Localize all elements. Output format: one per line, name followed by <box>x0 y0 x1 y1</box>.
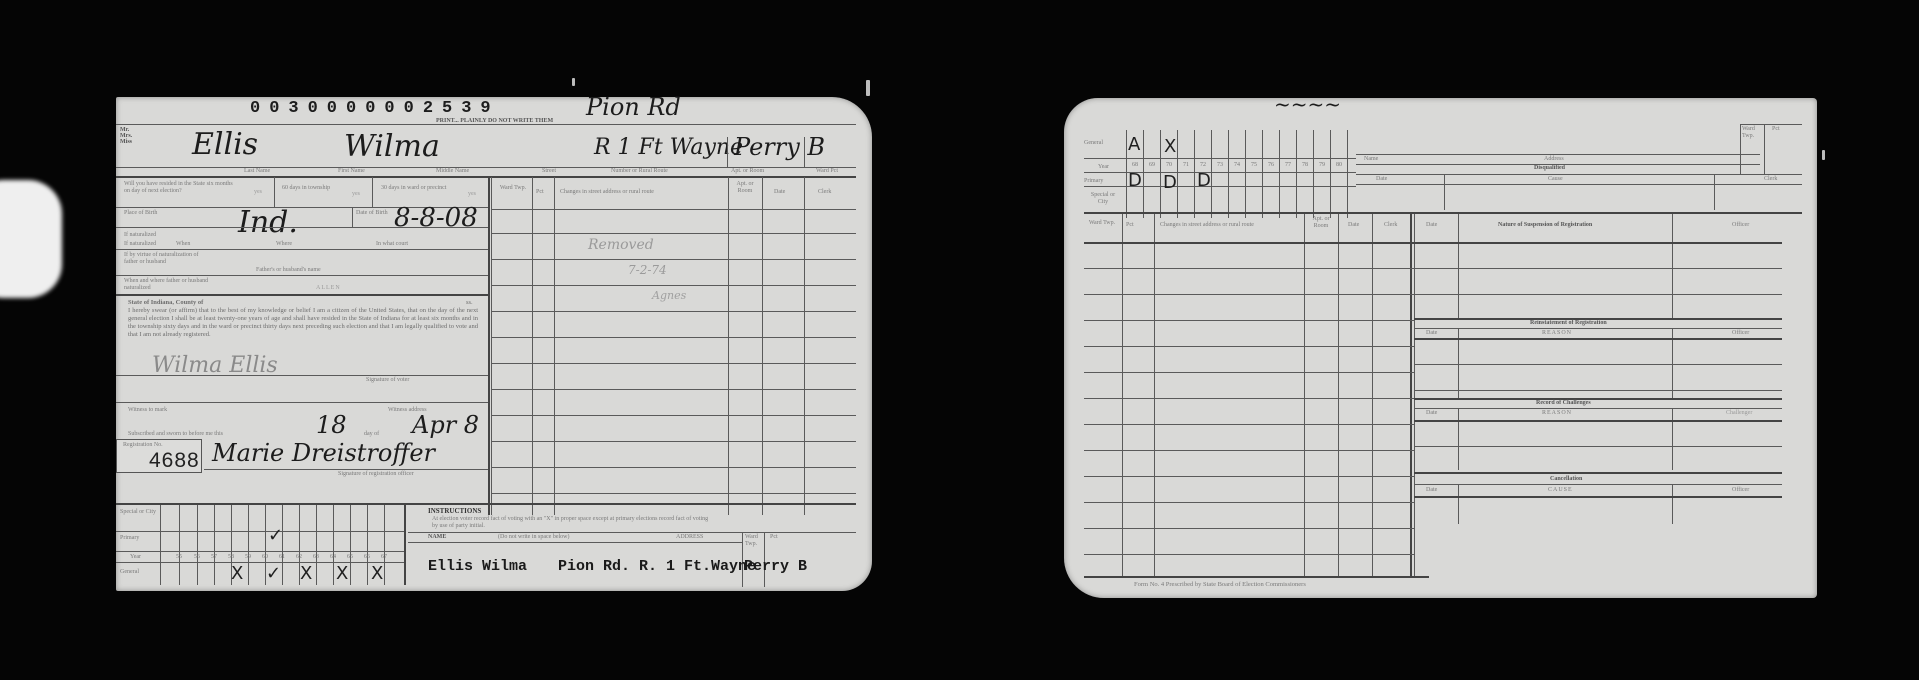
first-name: Wilma <box>344 129 440 164</box>
township-precinct: Perry B <box>734 133 825 161</box>
label-witness-mark: Witness to mark <box>128 407 167 414</box>
label-subscribed: Subscribed and sworn to before me this <box>128 431 223 438</box>
dust-speck <box>572 78 575 86</box>
sworn-day: 18 <box>316 411 347 439</box>
label-address: Address <box>1544 156 1564 163</box>
header-cancellation-officer: Officer <box>1732 487 1749 494</box>
label-date: Date <box>1376 176 1387 183</box>
label-name: Name <box>1364 156 1378 163</box>
header-reinstatement-officer: Officer <box>1732 330 1749 337</box>
header-date: Date <box>774 189 785 196</box>
row-general: General <box>1084 140 1103 147</box>
header-changes: Changes in street address or rural route <box>560 189 654 196</box>
label-when: When <box>176 241 190 248</box>
value-yes: yes <box>254 189 262 196</box>
typed-precinct: Perry B <box>744 558 807 575</box>
header-date: Date <box>1348 222 1359 229</box>
serial-number: 0030000002539 <box>250 99 500 118</box>
header-clerk: Clerk <box>818 189 831 196</box>
general-mark-60: ✓ <box>266 563 281 584</box>
back-voting-grid: General Year Primary Special or City 68 … <box>1084 130 1356 218</box>
row-special-city: Special or City <box>120 509 160 516</box>
header-cancellation-date: Date <box>1426 487 1437 494</box>
header-reinstatement-reason: REASON <box>1542 330 1572 337</box>
value-yes: yes <box>468 191 476 198</box>
header-suspension-date: Date <box>1426 222 1437 229</box>
row-general: General <box>120 569 139 576</box>
label-route: Number or Rural Route <box>611 168 668 175</box>
last-name: Ellis <box>192 127 258 162</box>
general-mark-64: X <box>336 563 348 584</box>
registration-number-box: Registration No. 4688 <box>116 439 202 473</box>
year-cell: 55 <box>169 554 189 560</box>
row-year: Year <box>1098 164 1109 171</box>
front-voting-record: Special or City Primary Year General 55 … <box>116 505 406 585</box>
changes-note-date: 7-2-74 <box>628 263 667 277</box>
label-middle-name: Middle Name <box>436 168 469 175</box>
sworn-month-year: Apr 8 <box>412 411 479 439</box>
header-ward-twp: Ward Twp. <box>1088 220 1116 227</box>
general-mark-68: A <box>1128 134 1140 155</box>
label-naturalized-2: If naturalized <box>124 241 156 248</box>
label-street: Street <box>542 168 556 175</box>
label-signature-voter: Signature of voter <box>366 377 409 384</box>
address-route: R 1 Ft Wayne <box>594 135 743 160</box>
header-pct: Pct <box>1126 222 1134 229</box>
year-cell: 80 <box>1329 162 1349 168</box>
footer-ward-label: Ward Twp. <box>745 534 763 548</box>
label-disqualified: Disqualified <box>1534 165 1565 172</box>
row-primary: Primary <box>1084 178 1103 185</box>
header-challenges-date: Date <box>1426 410 1437 417</box>
date-of-birth: 8-8-08 <box>394 203 478 233</box>
oath-text: I hereby swear (or affirm) that to the b… <box>128 307 478 339</box>
reinstatement-title: Reinstatement of Registration <box>1530 320 1607 327</box>
label-where: Where <box>276 241 292 248</box>
label-fathers-name: Father's or husband's name <box>256 267 321 274</box>
label-day-of: day of <box>364 431 379 438</box>
header-ward-twp: Ward Twp. <box>498 185 528 192</box>
footer-address-label: ADDRESS <box>676 534 703 541</box>
typed-name: Ellis Wilma <box>428 558 527 575</box>
label-registration-no: Registration No. <box>123 442 163 449</box>
back-changes-table: Ward Twp. Pct Changes in street address … <box>1084 214 1429 578</box>
header-challenges-reason: REASON <box>1542 410 1572 417</box>
oath-heading: State of Indiana, County of <box>128 299 468 307</box>
dust-speck <box>1822 150 1825 160</box>
year-cell: 67 <box>374 554 394 560</box>
instructions-footer: INSTRUCTIONS At election voter record fa… <box>408 505 856 587</box>
row-year: Year <box>130 554 141 561</box>
primary-mark-70: D <box>1163 172 1177 193</box>
general-mark-66: X <box>371 563 383 584</box>
label-pct: Pct <box>1772 126 1780 133</box>
instructions-text: At election voter record fact of voting … <box>432 516 712 530</box>
oath-ss: ss. <box>466 299 473 307</box>
cancellation-title: Cancellation <box>1550 476 1582 483</box>
header-suspension-nature: Nature of Suspension of Registration <box>1498 222 1592 229</box>
changes-note-removed: Removed <box>588 237 654 253</box>
typed-address: Pion Rd. R. 1 Ft.Wayne <box>558 558 756 575</box>
label-ward-pct: Ward Pct <box>816 168 838 175</box>
label-ward-twp: Ward Twp. <box>1742 126 1764 140</box>
label-when-where-father: When and where father or husband natural… <box>124 278 234 292</box>
row-special-city: Special or City <box>1086 192 1120 206</box>
row-primary: Primary <box>120 535 139 542</box>
label-court: In what court <box>376 241 408 248</box>
label-place-of-birth: Place of Birth <box>124 210 164 217</box>
suspension-reinstatement-section: Date Nature of Suspension of Registratio… <box>1414 214 1802 578</box>
header-apt: Apt. or Room <box>1306 216 1336 230</box>
general-mark-58: X <box>231 563 243 584</box>
label-resided-ward: 30 days in ward or precinct <box>381 185 451 192</box>
label-resided-state: Will you have resided in the State six m… <box>124 181 234 195</box>
label-resided-township: 60 days in township <box>282 185 342 192</box>
header-pct: Pct <box>536 189 544 196</box>
primary-mark-68: D <box>1128 170 1142 191</box>
primary-mark-60: ✓ <box>268 525 283 546</box>
changes-note-initials: Agnes <box>652 289 686 302</box>
officer-signature: Marie Dreistroffer <box>212 439 435 467</box>
label-clerk: Clerk <box>1764 176 1777 183</box>
header-challenger: Challenger <box>1726 410 1752 417</box>
registration-card-front: 0030000002539 PRINT... PLAINLY DO NOT WR… <box>116 97 872 591</box>
header-reinstatement-date: Date <box>1426 330 1437 337</box>
label-apt: Apt. or Room <box>731 168 764 175</box>
general-mark-70: X <box>1164 136 1176 157</box>
county-stamp: ALLEN <box>316 285 341 292</box>
value-yes: yes <box>352 191 360 198</box>
form-footer-text: Form No. 4 Prescribed by State Board of … <box>1134 581 1306 588</box>
footer-name-label: NAME <box>428 534 446 541</box>
scanner-glare <box>0 180 62 298</box>
handwritten-street: Pion Rd <box>586 93 681 121</box>
scribble-top: ~~~~ <box>1274 92 1341 116</box>
registration-card-back: ~~~~ General Year Primary Special or Cit… <box>1064 98 1817 598</box>
label-signature-officer: Signature of registration officer <box>338 471 414 478</box>
label-last-name: Last Name <box>244 168 270 175</box>
header-changes: Changes in street address or rural route <box>1160 222 1254 229</box>
label-date-of-birth: Date of Birth <box>356 210 388 217</box>
title-prefix: Mr.Mrs.Miss <box>120 127 132 145</box>
front-changes-table: Ward Twp. Pct Changes in street address … <box>492 177 856 515</box>
challenges-title: Record of Challenges <box>1536 400 1591 407</box>
dust-speck <box>866 80 870 96</box>
instructions-heading: INSTRUCTIONS <box>428 507 481 516</box>
primary-mark-72: D <box>1197 170 1211 191</box>
label-naturalized: If naturalized <box>124 232 156 239</box>
label-cause: Cause <box>1548 176 1563 183</box>
header-cancellation-cause: CAUSE <box>1548 487 1573 494</box>
label-first-name: First Name <box>338 168 365 175</box>
header-apt: Apt. or Room <box>730 181 760 195</box>
general-mark-62: X <box>300 563 312 584</box>
place-of-birth: Ind. <box>238 205 298 240</box>
registration-number: 4688 <box>149 449 200 473</box>
header-suspension-officer: Officer <box>1732 222 1749 229</box>
footer-do-not-write: (Do not write in space below) <box>498 534 569 541</box>
footer-pct-label: Pct <box>770 534 778 541</box>
header-clerk: Clerk <box>1384 222 1397 229</box>
label-by-virtue: If by virtue of naturalization of father… <box>124 252 204 266</box>
